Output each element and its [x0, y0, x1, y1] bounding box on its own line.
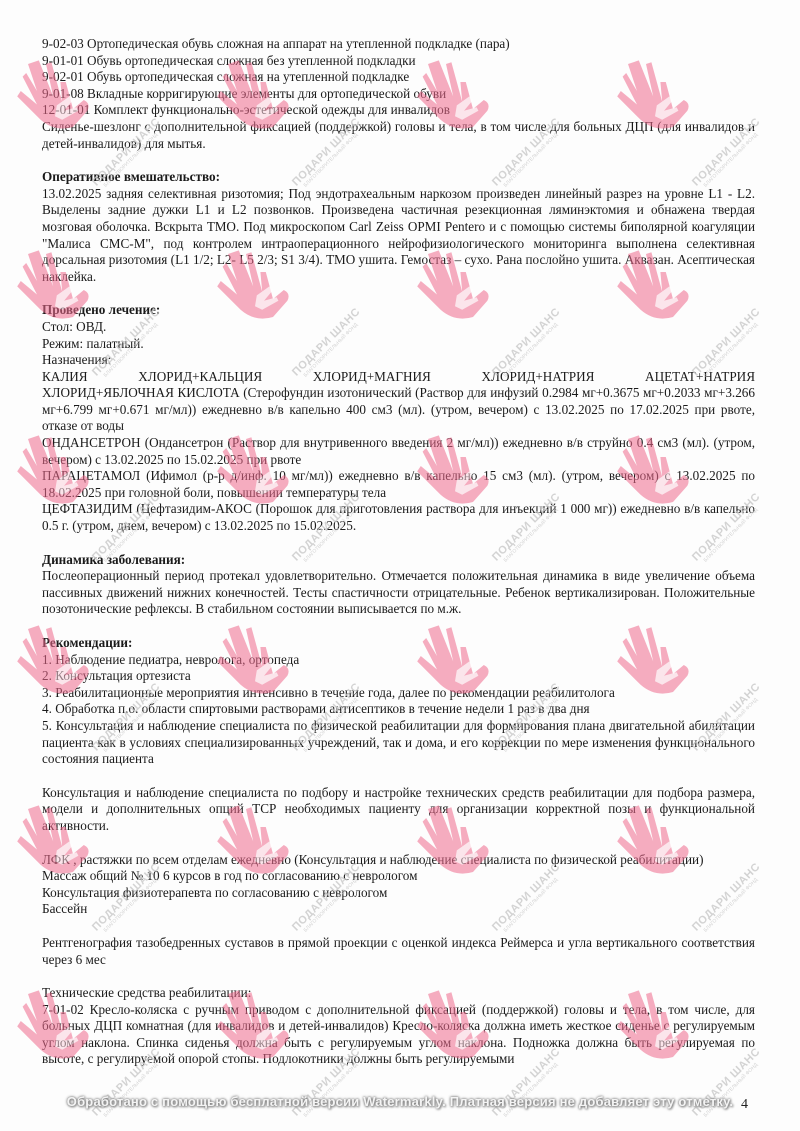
massage-text: Массаж общий № 10 6 курсов в год по согл…	[42, 868, 755, 885]
wheelchair-text: 7-01-02 Кресло-коляска с ручным приводом…	[42, 1002, 755, 1068]
tsr-item: 12-01-01 Комплект функционально-эстетиче…	[42, 102, 755, 119]
prescription-2: ОНДАНСЕТРОН (Ондансетрон (Раствор для вн…	[42, 435, 755, 468]
lfk-text: ЛФК , растяжки по всем отделам ежедневно…	[42, 852, 755, 869]
prescription-1-first-line: КАЛИЯ ХЛОРИД+КАЛЬЦИЯ ХЛОРИД+МАГНИЯ ХЛОРИ…	[42, 369, 755, 386]
page-number: 4	[741, 1097, 748, 1113]
xray-text: Рентгенография тазобедренных суставов в …	[42, 935, 755, 968]
recommendation-item: 2. Консультация ортезиста	[42, 668, 755, 685]
prescription-3: ПАРАЦЕТАМОЛ (Ифимол (р-р д/инф. 10 мг/мл…	[42, 468, 755, 501]
prescriptions-label: Назначения:	[42, 352, 755, 369]
tsr-list: 9-02-03 Ортопедическая обувь сложная на …	[42, 36, 755, 152]
document-body: 9-02-03 Ортопедическая обувь сложная на …	[42, 36, 755, 1068]
recommendations-heading: Рекомендации:	[42, 635, 755, 652]
recommendation-item: 3. Реабилитационные мероприятия интенсив…	[42, 685, 755, 702]
prescription-1: ХЛОРИД+ЯБЛОЧНАЯ КИСЛОТА (Стерофундин изо…	[42, 385, 755, 435]
tsr-seat-item: Сиденье-шезлонг с дополнительной фиксаци…	[42, 119, 755, 152]
diet-table: Стол: ОВД.	[42, 319, 755, 336]
pool-text: Бассейн	[42, 901, 755, 918]
recommendation-item: 1. Наблюдение педиатра, невролога, ортоп…	[42, 652, 755, 669]
regime: Режим: палатный.	[42, 336, 755, 353]
surgery-heading: Оперативное вмешательство:	[42, 169, 755, 186]
surgery-text: 13.02.2025 задняя селективная ризотомия;…	[42, 186, 755, 286]
surgery-section: Оперативное вмешательство: 13.02.2025 за…	[42, 169, 755, 285]
watermarkly-notice: Обработано с помощью бесплатной версии W…	[0, 1094, 800, 1109]
tech-means-heading: Технические средства реабилитации:	[42, 985, 755, 1002]
physio-text: Консультация физиотерапевта по согласова…	[42, 885, 755, 902]
recommendation-item: 4. Обработка п.о. области спиртовыми рас…	[42, 701, 755, 718]
document-page: 9-02-03 Ортопедическая обувь сложная на …	[0, 0, 800, 1131]
recommendations-section: Рекомендации: 1. Наблюдение педиатра, не…	[42, 635, 755, 1068]
treatment-section: Проведено лечение: Стол: ОВД. Режим: пал…	[42, 302, 755, 534]
treatment-heading: Проведено лечение:	[42, 302, 755, 319]
tsr-item: 9-02-03 Ортопедическая обувь сложная на …	[42, 36, 755, 53]
tsr-item: 9-01-01 Обувь ортопедическая сложная без…	[42, 53, 755, 70]
tsr-item: 9-01-08 Вкладные корригирующие элементы …	[42, 86, 755, 103]
prescription-4: ЦЕФТАЗИДИМ (Цефтазидим-АКОС (Порошок для…	[42, 501, 755, 534]
recommendation-item: 5. Консультация и наблюдение специалиста…	[42, 718, 755, 768]
tsr-consult-text: Консультация и наблюдение специалиста по…	[42, 785, 755, 835]
dynamics-text: Послеоперационный период протекал удовле…	[42, 568, 755, 618]
tsr-item: 9-02-01 Обувь ортопедическая сложная на …	[42, 69, 755, 86]
dynamics-section: Динамика заболевания: Послеоперационный …	[42, 552, 755, 618]
dynamics-heading: Динамика заболевания:	[42, 552, 755, 569]
